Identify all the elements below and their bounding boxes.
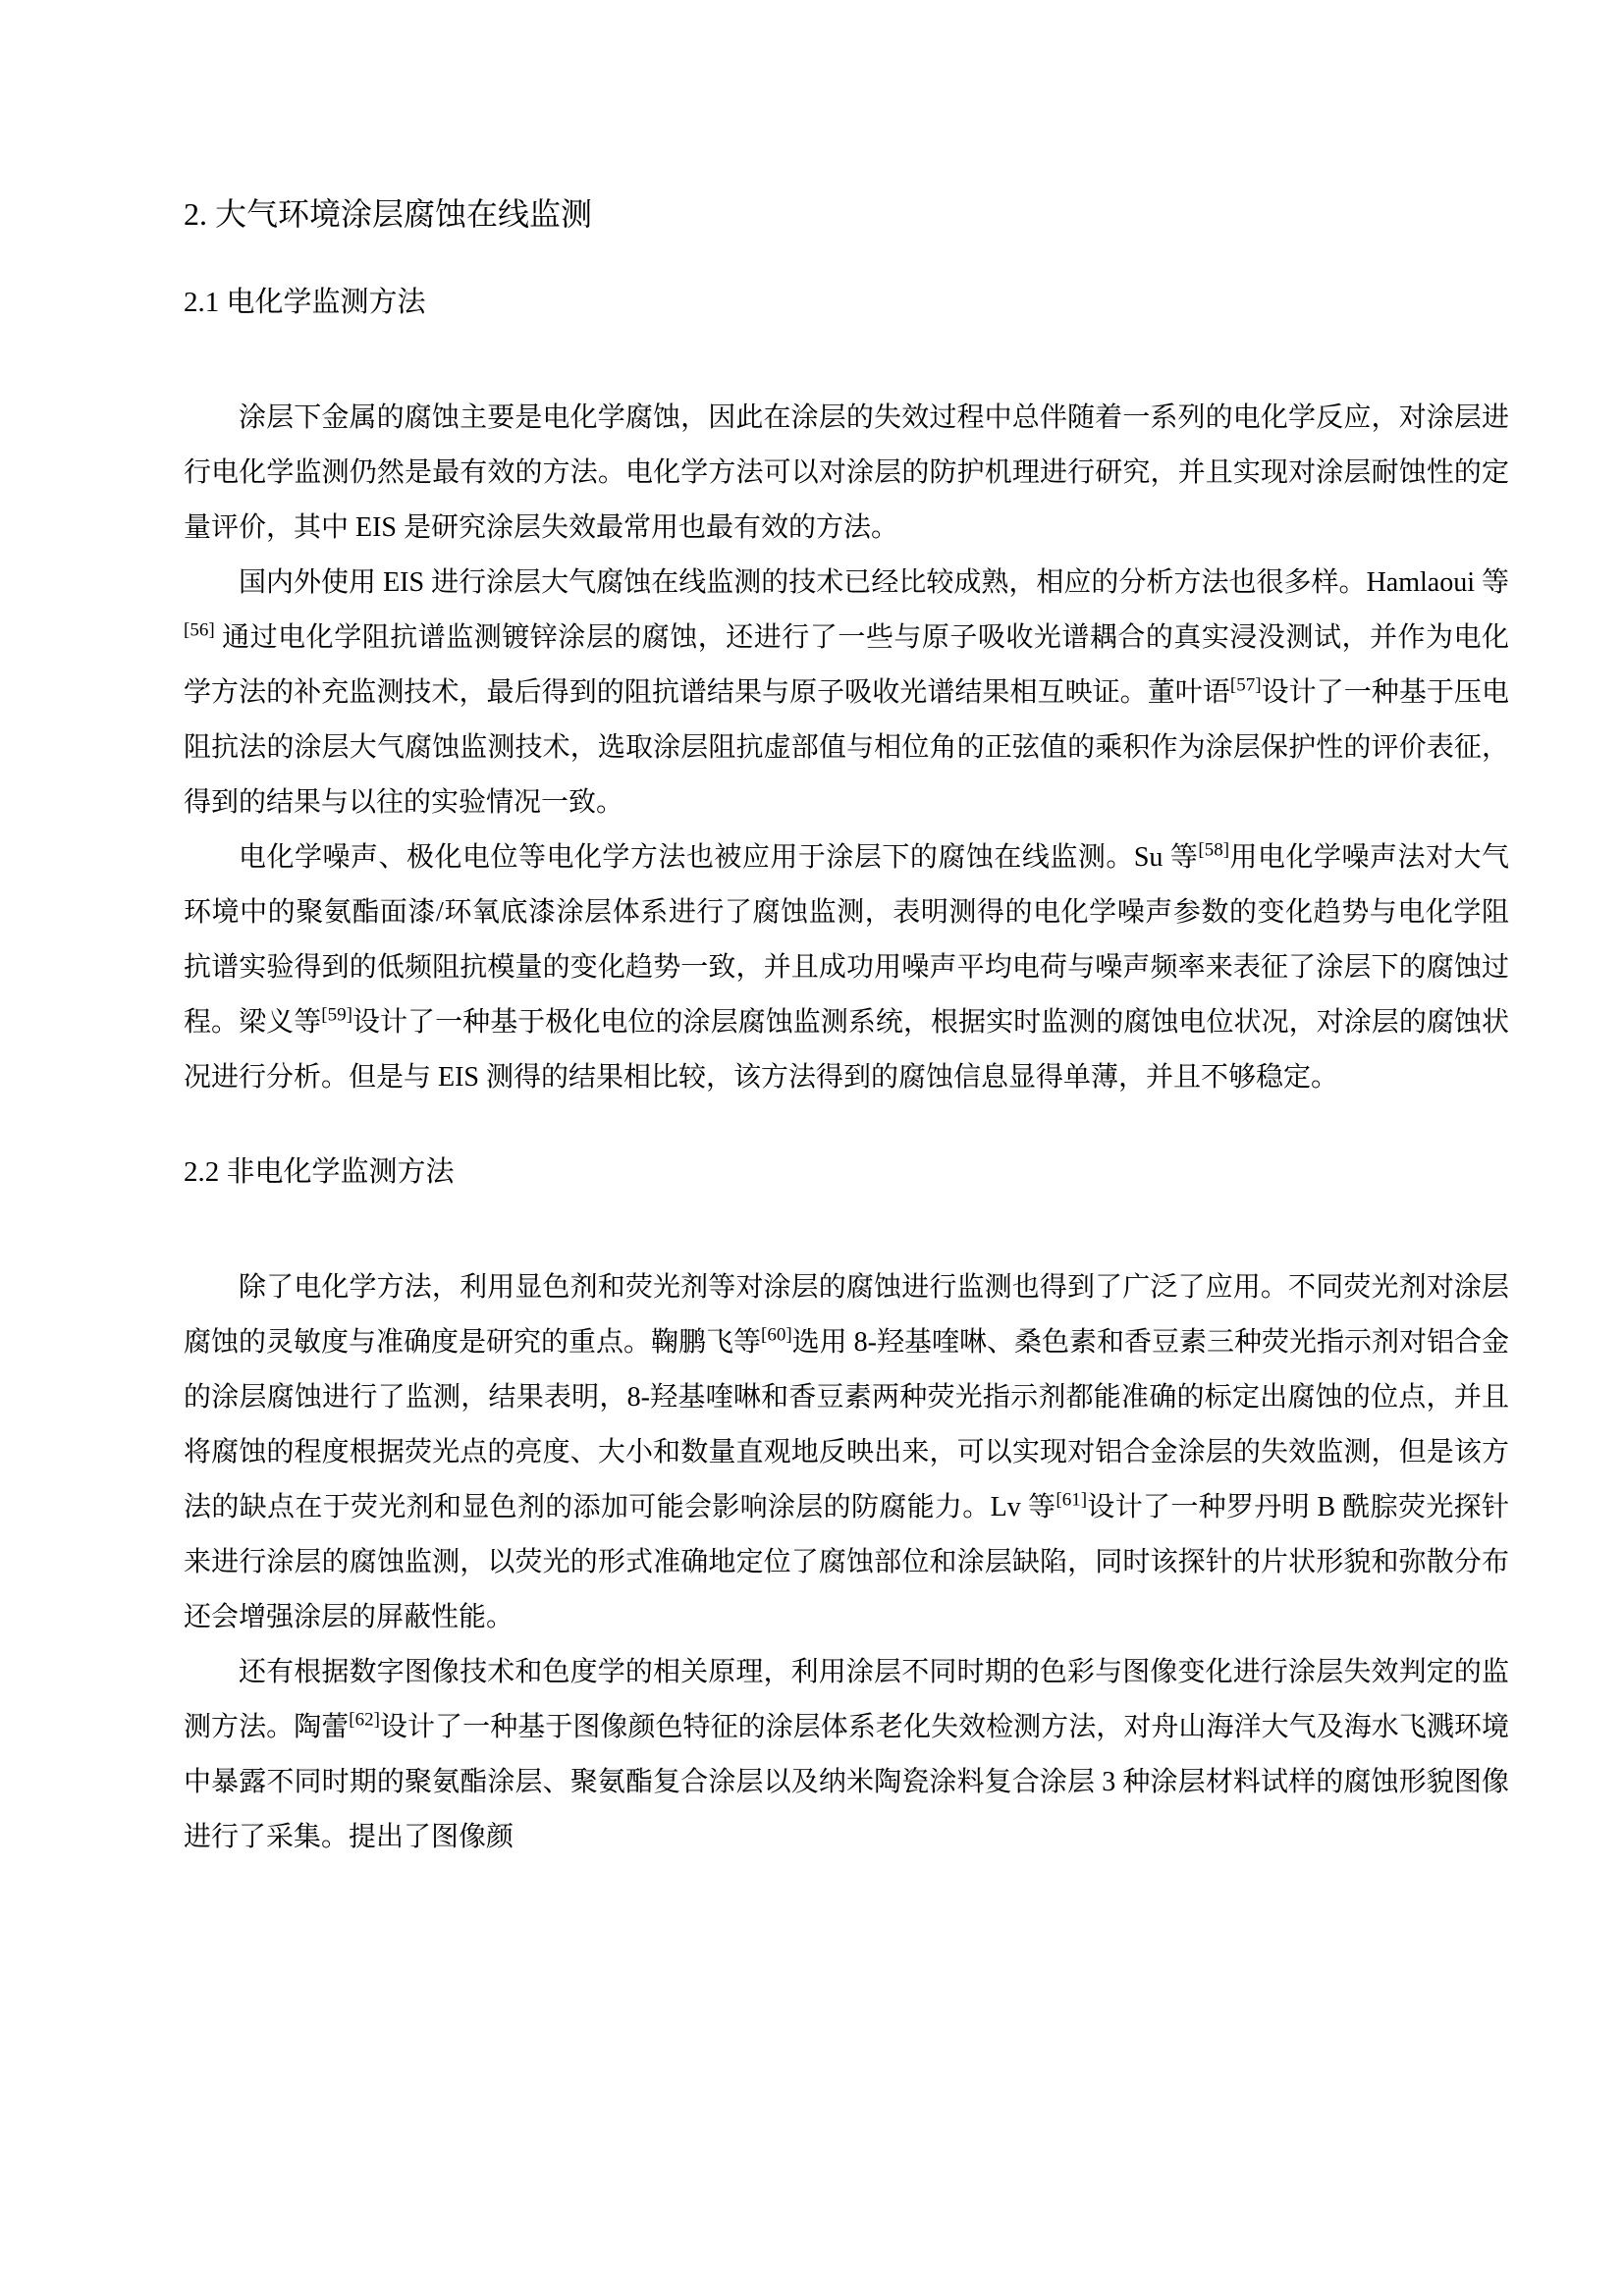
text-column: 2. 大气环境涂层腐蚀在线监测 2.1 电化学监测方法 涂层下金属的腐蚀主要是电… bbox=[184, 0, 1509, 1865]
citation-ref: [62] bbox=[349, 1710, 380, 1731]
paragraph: 涂层下金属的腐蚀主要是电化学腐蚀，因此在涂层的失效过程中总伴随着一系列的电化学反… bbox=[184, 391, 1509, 556]
citation-ref: [60] bbox=[761, 1325, 792, 1346]
section-heading-2-2: 2.2 非电化学监测方法 bbox=[184, 1152, 1509, 1192]
paragraph: 电化学噪声、极化电位等电化学方法也被应用于涂层下的腐蚀在线监测。Su 等[58]… bbox=[184, 830, 1509, 1105]
citation-ref: [57] bbox=[1230, 675, 1262, 696]
paragraph: 国内外使用 EIS 进行涂层大气腐蚀在线监测的技术已经比较成熟，相应的分析方法也… bbox=[184, 556, 1509, 830]
section-heading-2-1: 2.1 电化学监测方法 bbox=[184, 283, 1509, 322]
citation-ref: [61] bbox=[1056, 1490, 1087, 1511]
document-page: 2. 大气环境涂层腐蚀在线监测 2.1 电化学监测方法 涂层下金属的腐蚀主要是电… bbox=[0, 0, 1624, 2296]
citation-ref: [59] bbox=[321, 1005, 352, 1026]
paragraph: 还有根据数字图像技术和色度学的相关原理，利用涂层不同时期的色彩与图像变化进行涂层… bbox=[184, 1645, 1509, 1865]
chapter-heading: 2. 大气环境涂层腐蚀在线监测 bbox=[184, 192, 1509, 236]
citation-ref: [56] bbox=[184, 620, 215, 641]
paragraph: 除了电化学方法，利用显色剂和荧光剂等对涂层的腐蚀进行监测也得到了广泛了应用。不同… bbox=[184, 1260, 1509, 1645]
citation-ref: [58] bbox=[1198, 840, 1229, 861]
